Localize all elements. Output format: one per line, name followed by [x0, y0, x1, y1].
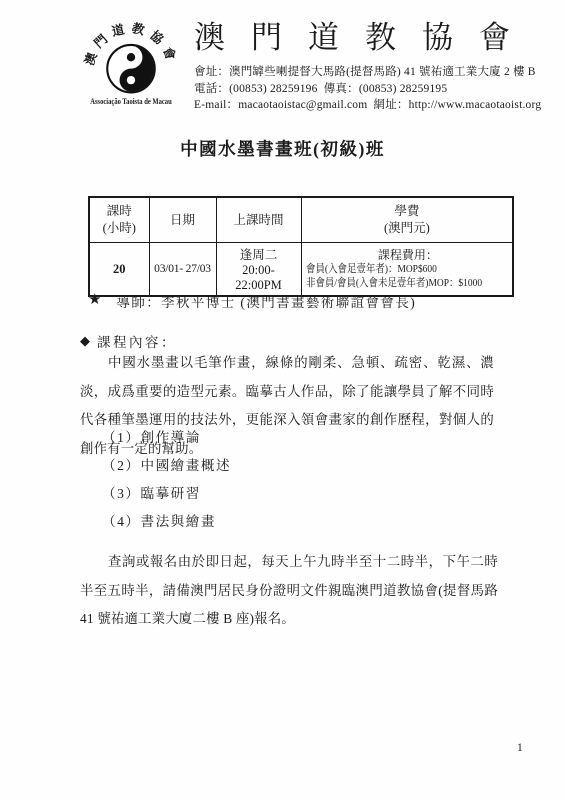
letterhead: 澳門道教協會 會址：澳門罅些喇提督大馬路(提督馬路) 41 號祐適工業大廈 2 … — [194, 18, 544, 114]
instructor-line: ★ 導師：李秋平博士 (澳門書畫藝術聯誼會會長) — [88, 291, 416, 311]
list-item: （4）書法與繪畫 — [102, 512, 231, 531]
phone-fax-line: 電話：(00853) 28259196 傳真：(00853) 28259195 — [194, 81, 544, 98]
contact-block: 會址：澳門罅些喇提督大馬路(提督馬路) 41 號祐適工業大廈 2 樓 B 電話：… — [194, 64, 544, 114]
table-data-row: 20 03/01- 27/03 逢周二 20:00-22:00PM 課程費用： … — [89, 243, 513, 297]
header-class-time: 上課時間 — [216, 197, 301, 243]
fee-nonmember-line: 非會員/會員(入會未足壹年者)MOP：$1000 — [306, 276, 482, 291]
cell-time: 逢周二 20:00-22:00PM — [216, 243, 301, 297]
course-content-label: 課程內容： — [97, 331, 177, 351]
logo-subtitle: Associação Taoista de Macau — [86, 97, 176, 106]
list-item: （3）臨摹研習 — [102, 484, 231, 503]
email-website-line: E-mail：macaotaoistac@gmail.com 網址：http:/… — [194, 97, 544, 114]
cell-dates: 03/01- 27/03 — [149, 243, 216, 297]
instructor-text: 導師：李秋平博士 (澳門書畫藝術聯誼會會長) — [116, 291, 416, 311]
course-topic-list: （1）創作導論 （2）中國繪畫概述 （3）臨摹研習 （4）書法與繪畫 — [102, 428, 231, 540]
list-item: （1）創作導論 — [102, 428, 231, 447]
header-fee: 學費 (澳門元) — [301, 197, 513, 243]
cell-hours: 20 — [89, 243, 149, 297]
diamond-icon: ◆ — [80, 333, 90, 349]
list-item: （2）中國繪畫概述 — [102, 456, 231, 475]
page-number: 1 — [517, 742, 523, 754]
yin-yang-icon — [107, 45, 154, 92]
fee-title: 課程費用： — [306, 248, 511, 262]
star-icon: ★ — [88, 291, 101, 309]
logo-graphic: 澳門道教協會 — [81, 12, 181, 100]
course-content-heading: ◆ 課程內容： — [80, 331, 177, 351]
cell-fee: 課程費用： 會員(入會足壹年者)：MOP$600 非會員/會員(入會未足壹年者)… — [301, 243, 513, 297]
header-date: 日期 — [149, 197, 216, 243]
table-header-row: 課時 (小時) 日期 上課時間 學費 (澳門元) — [89, 197, 513, 243]
association-logo: 澳門道教協會 Associação Taoista de Macau — [76, 12, 186, 106]
organization-name: 澳門道教協會 — [194, 18, 544, 58]
document-page: 澳門道教協會 Associação Taoista de Macau 澳門道教協… — [0, 0, 565, 800]
course-title: 中國水墨書畫班(初級)班 — [0, 136, 565, 161]
address-line: 會址：澳門罅些喇提督大馬路(提督馬路) 41 號祐適工業大廈 2 樓 B — [194, 64, 544, 81]
schedule-table: 課時 (小時) 日期 上課時間 學費 (澳門元) 20 03/01- 27/03… — [88, 196, 514, 297]
fee-member-line: 會員(入會足壹年者)：MOP$600 — [306, 262, 482, 277]
registration-paragraph: 查詢或報名由於即日起，每天上午九時半至十二時半，下午二時半至五時半，請備澳門居民… — [80, 548, 498, 634]
header-hours: 課時 (小時) — [89, 197, 149, 243]
